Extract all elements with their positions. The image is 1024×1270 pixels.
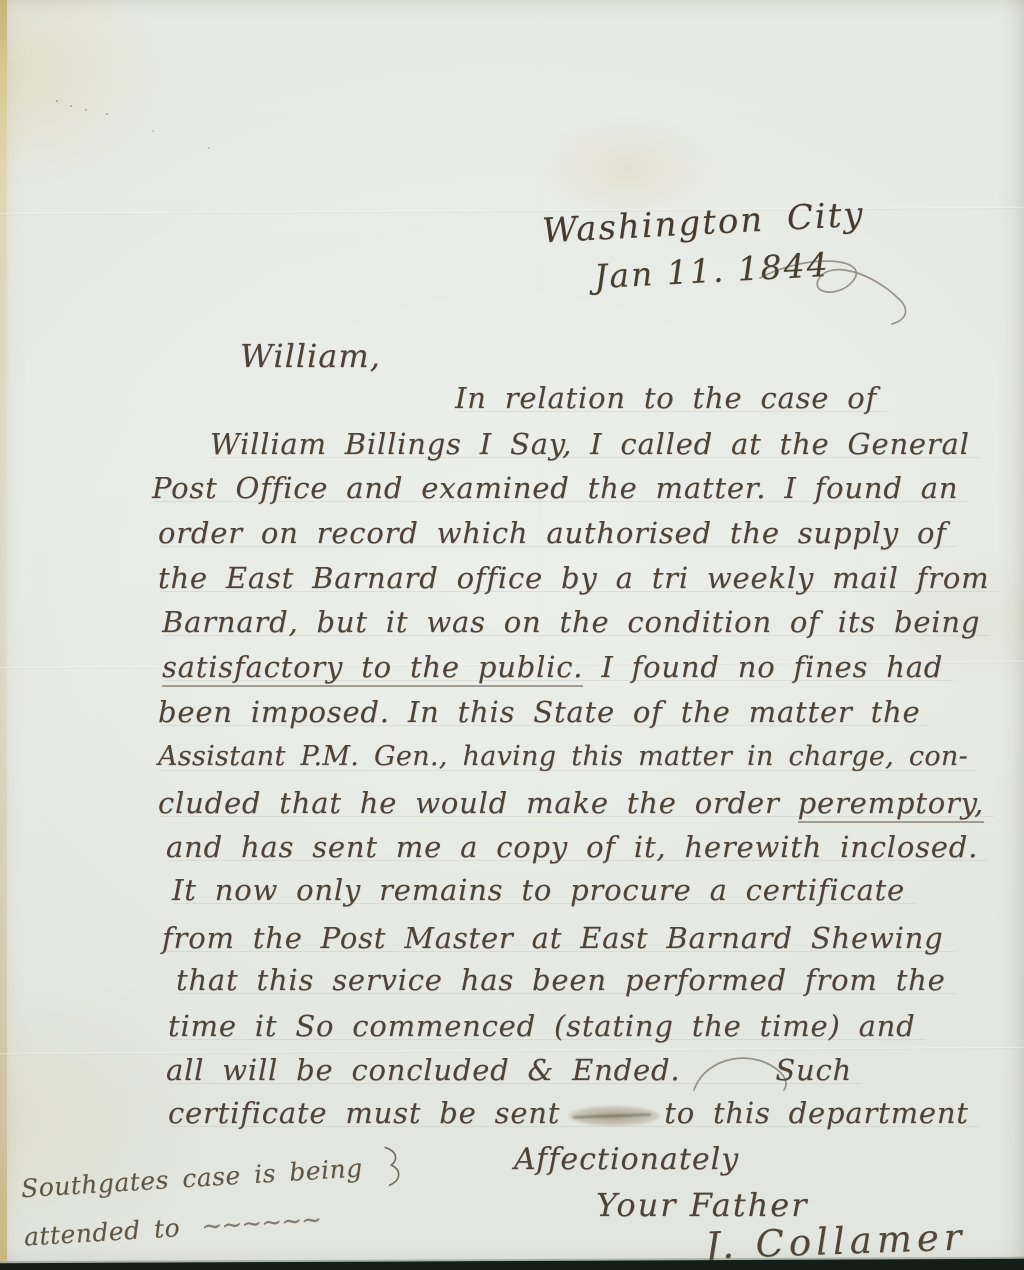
letter-body: In relation to the case ofWilliam Billin… <box>0 0 1024 1270</box>
underlined-text: satisfactory to the public. <box>162 650 583 687</box>
line-text: Barnard, but it was on the condition of … <box>162 605 980 639</box>
closing-relation: Your Father <box>596 1186 809 1224</box>
line-text: from the Post Master at East Barnard She… <box>162 921 944 955</box>
body-line: and has sent me a copy of it, herewith i… <box>166 827 978 867</box>
line-text: Post Office and examined the matter. I f… <box>152 471 958 505</box>
body-line: In relation to the case of <box>455 378 877 418</box>
scanned-letter-page: Washington City Jan 11. 1844 William, In… <box>0 0 1024 1270</box>
body-line: all will be concluded & Ended.Such <box>166 1050 852 1090</box>
body-line: satisfactory to the public. I found no f… <box>162 647 943 687</box>
body-line: William Billings I Say, I called at the … <box>210 424 970 464</box>
line-text: that this service has been performed fro… <box>176 963 946 997</box>
body-line: been imposed. In this State of the matte… <box>158 692 920 732</box>
body-line: that this service has been performed fro… <box>176 960 946 1000</box>
line-text: I found no fines had <box>583 650 943 684</box>
brace-flourish <box>381 1144 406 1187</box>
line-text: William Billings I Say, I called at the … <box>210 427 970 461</box>
line-text: and has sent me a copy of it, herewith i… <box>166 830 978 864</box>
body-line: the East Barnard office by a tri weekly … <box>158 558 989 598</box>
body-line: Post Office and examined the matter. I f… <box>152 468 958 508</box>
line-text: It now only remains to procure a certifi… <box>172 873 905 907</box>
line-text: the East Barnard office by a tri weekly … <box>158 561 989 595</box>
line-text: all will be concluded & Ended. <box>166 1053 680 1087</box>
line-text: Such <box>775 1053 852 1087</box>
closing-valediction: Affectionately <box>514 1142 739 1177</box>
body-line: Assistant P.M. Gen., having this matter … <box>158 737 968 777</box>
line-text: certificate must be sent <box>168 1096 560 1130</box>
line-text: to this department <box>664 1096 969 1130</box>
line-text: Assistant P.M. Gen., having this matter … <box>158 741 968 772</box>
line-text: order on record which authorised the sup… <box>158 516 947 550</box>
line-text: In relation to the case of <box>455 381 877 415</box>
line-text: time it So commenced (stating the time) … <box>168 1009 916 1043</box>
body-line: order on record which authorised the sup… <box>158 513 947 553</box>
body-line: It now only remains to procure a certifi… <box>172 870 905 910</box>
underlined-text: peremptory, <box>798 786 984 823</box>
body-line: Barnard, but it was on the condition of … <box>162 602 980 642</box>
body-line: certificate must be sentto this departme… <box>168 1093 969 1133</box>
body-line: cluded that he would make the order pere… <box>158 783 984 823</box>
body-line: from the Post Master at East Barnard She… <box>162 918 944 958</box>
line-text: been imposed. In this State of the matte… <box>158 695 920 729</box>
ink-smudge <box>568 1106 660 1126</box>
body-line: time it So commenced (stating the time) … <box>168 1006 916 1046</box>
line-text: cluded that he would make the order <box>158 786 798 820</box>
